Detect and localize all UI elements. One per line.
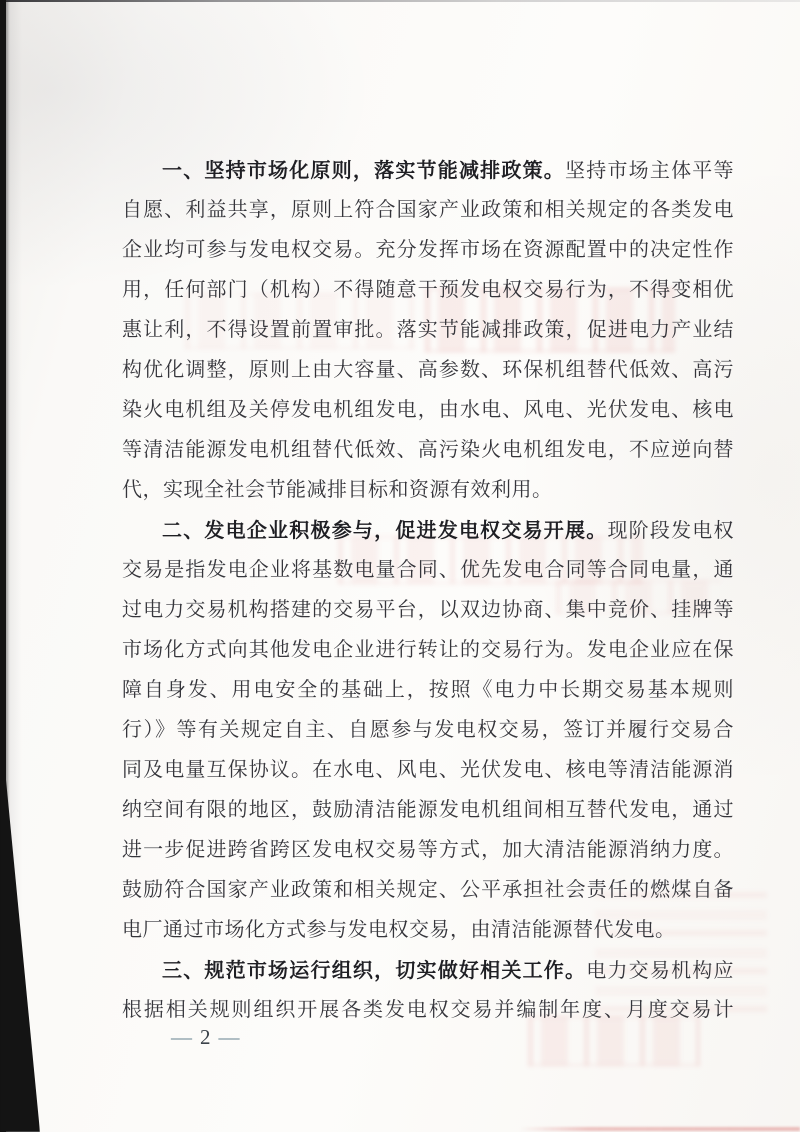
- paragraph-text: 代，实现全社会节能减排目标和资源有效利用。: [122, 479, 553, 501]
- page-number-dash-left: —: [164, 1025, 200, 1049]
- paragraph-text: 交易是指发电企业将基数电量合同、优先发电合同等合同电量，通: [122, 559, 734, 581]
- text-line: 自愿、利益共享，原则上符合国家产业政策和相关规定的各类发电: [122, 190, 734, 230]
- paragraph-heading: 二、发电企业积极参与，促进发电权交易开展。: [162, 518, 607, 542]
- paragraph-text: 进一步促进跨省跨区发电权交易等方式，加大清洁能源消纳力度。: [122, 839, 734, 861]
- text-line: 电厂通过市场化方式参与发电权交易，由清洁能源替代发电。: [122, 910, 734, 950]
- paragraph-text: 惠让利，不得设置前置审批。落实节能减排政策，促进电力产业结: [122, 319, 734, 341]
- text-line: 障自身发、用电安全的基础上，按照《电力中长期交易基本规则（暂: [122, 670, 734, 710]
- text-line: 行）》等有关规定自主、自愿参与发电权交易，签订并履行交易合: [122, 710, 734, 750]
- text-line: 企业均可参与发电权交易。充分发挥市场在资源配置中的决定性作: [122, 230, 734, 270]
- ink-bleed-through-edge-line: [520, 1127, 800, 1131]
- paragraph-text: 电力交易机构应: [586, 960, 734, 982]
- text-line: 市场化方式向其他发电企业进行转让的交易行为。发电企业应在保: [122, 630, 734, 670]
- text-line: 染火电机组及关停发电机组发电，由水电、风电、光伏发电、核电: [122, 390, 734, 430]
- text-line: 用，任何部门（机构）不得随意干预发电权交易行为，不得变相优: [122, 270, 734, 310]
- text-line: 等清洁能源发电机组替代低效、高污染火电机组发电，不应逆向替: [122, 430, 734, 470]
- paragraph-text: 企业均可参与发电权交易。充分发挥市场在资源配置中的决定性作: [122, 239, 734, 261]
- text-line: 构优化调整，原则上由大容量、高参数、环保机组替代低效、高污: [122, 350, 734, 390]
- paragraph-text: 染火电机组及关停发电机组发电，由水电、风电、光伏发电、核电: [122, 399, 734, 421]
- paragraph-text: 自愿、利益共享，原则上符合国家产业政策和相关规定的各类发电: [122, 199, 734, 221]
- paragraph-text: 障自身发、用电安全的基础上，按照《电力中长期交易基本规则（暂: [122, 679, 734, 710]
- text-line: 过电力交易机构搭建的交易平台，以双边协商、集中竞价、挂牌等: [122, 590, 734, 630]
- text-line: 惠让利，不得设置前置审批。落实节能减排政策，促进电力产业结: [122, 310, 734, 350]
- page-number-value: 2: [200, 1025, 212, 1049]
- paragraph-text: 电厂通过市场化方式参与发电权交易，由清洁能源替代发电。: [122, 919, 676, 941]
- scan-edge-top-shadow: [0, 0, 800, 2]
- text-line: 进一步促进跨省跨区发电权交易等方式，加大清洁能源消纳力度。: [122, 830, 734, 870]
- scan-edge-bottom-left-wedge: [0, 780, 40, 1132]
- paragraph-text: 同及电量互保协议。在水电、风电、光伏发电、核电等清洁能源消: [122, 759, 734, 781]
- paragraph-text: 用，任何部门（机构）不得随意干预发电权交易行为，不得变相优: [122, 279, 734, 301]
- paragraph-text: 鼓励符合国家产业政策和相关规定、公平承担社会责任的燃煤自备: [122, 879, 734, 901]
- paragraph-text: 现阶段发电权: [607, 520, 734, 542]
- text-line: 鼓励符合国家产业政策和相关规定、公平承担社会责任的燃煤自备: [122, 870, 734, 910]
- text-line: 三、规范市场运行组织，切实做好相关工作。电力交易机构应: [122, 950, 734, 990]
- page-number-dash-right: —: [212, 1025, 248, 1049]
- paragraph-heading: 一、坚持市场化原则，落实节能减排政策。: [162, 158, 565, 182]
- paragraph-heading: 三、规范市场运行组织，切实做好相关工作。: [162, 958, 586, 982]
- paragraph-text: 纳空间有限的地区，鼓励清洁能源发电机组间相互替代发电，通过: [122, 799, 734, 821]
- paragraph-text: 构优化调整，原则上由大容量、高参数、环保机组替代低效、高污: [122, 359, 734, 381]
- paragraph-text: 市场化方式向其他发电企业进行转让的交易行为。发电企业应在保: [122, 639, 734, 661]
- text-line: 纳空间有限的地区，鼓励清洁能源发电机组间相互替代发电，通过: [122, 790, 734, 830]
- paragraph-text: 等清洁能源发电机组替代低效、高污染火电机组发电，不应逆向替: [122, 439, 734, 461]
- text-line: 代，实现全社会节能减排目标和资源有效利用。: [122, 470, 734, 510]
- page-number: —2—: [164, 1022, 248, 1052]
- paragraph-text: 过电力交易机构搭建的交易平台，以双边协商、集中竞价、挂牌等: [122, 599, 734, 621]
- text-line: 一、坚持市场化原则，落实节能减排政策。坚持市场主体平等: [122, 150, 734, 190]
- paragraph-text: 坚持市场主体平等: [565, 160, 734, 182]
- paragraph-text: 行）》等有关规定自主、自愿参与发电权交易，签订并履行交易合: [122, 719, 734, 741]
- document-text-block: 一、坚持市场化原则，落实节能减排政策。坚持市场主体平等自愿、利益共享，原则上符合…: [122, 150, 734, 1030]
- text-line: 交易是指发电企业将基数电量合同、优先发电合同等合同电量，通: [122, 550, 734, 590]
- text-line: 同及电量互保协议。在水电、风电、光伏发电、核电等清洁能源消: [122, 750, 734, 790]
- scanned-document-page: 一、坚持市场化原则，落实节能减排政策。坚持市场主体平等自愿、利益共享，原则上符合…: [0, 0, 800, 1132]
- text-line: 二、发电企业积极参与，促进发电权交易开展。现阶段发电权: [122, 510, 734, 550]
